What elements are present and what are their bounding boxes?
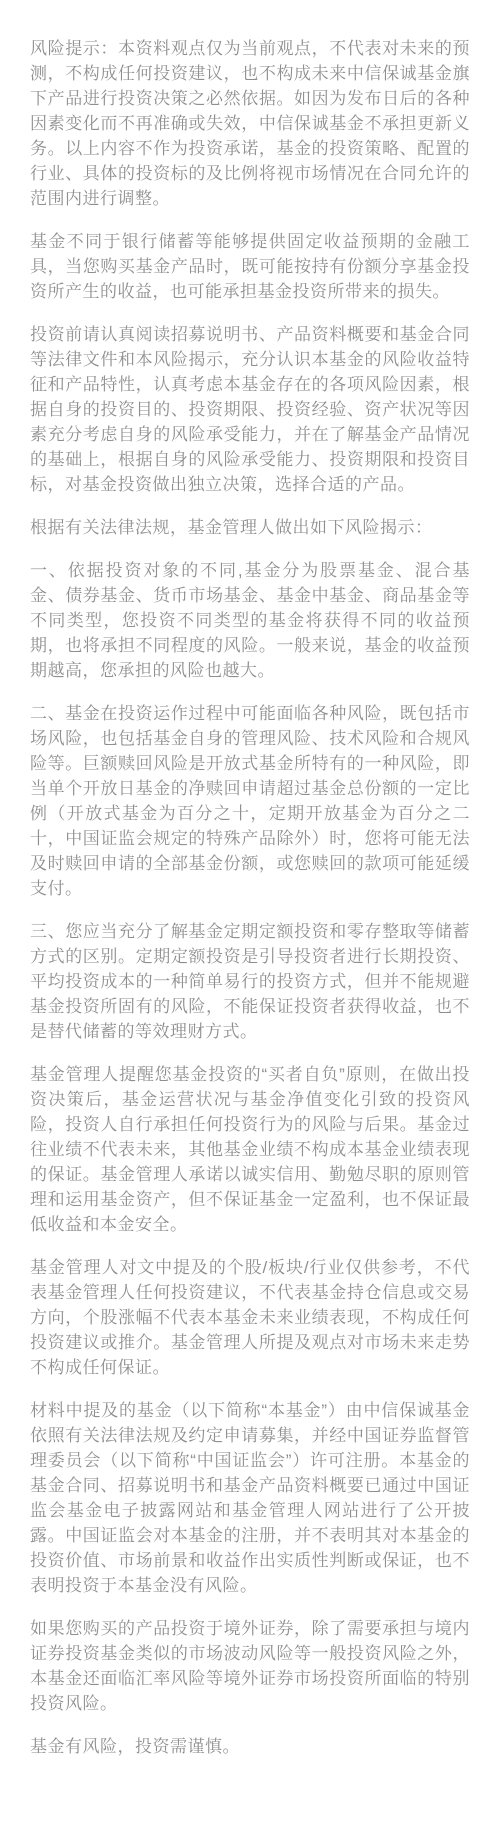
- risk-notice-paragraph: 风险提示：本资料观点仅为当前观点，不代表对未来的预测，不构成任何投资建议，也不构…: [30, 36, 470, 211]
- buyer-responsibility-paragraph: 基金管理人提醒您基金投资的“买者自负”原则，在做出投资决策后，基金运营状况与基金…: [30, 1062, 470, 1237]
- item-3-regular-investment-paragraph: 三、您应当充分了解基金定期定额投资和零存整取等储蓄方式的区别。定期定额投资是引导…: [30, 919, 470, 1044]
- fund-registration-paragraph: 材料中提及的基金（以下简称“本基金”）由中信保诚基金依照有关法律法规及约定申请募…: [30, 1398, 470, 1598]
- risk-disclosure-document: 风险提示：本资料观点仅为当前观点，不代表对未来的预测，不构成任何投资建议，也不构…: [0, 0, 500, 1839]
- item-2-operation-risks-paragraph: 二、基金在投资运作过程中可能面临各种风险，既包括市场风险，也包括基金自身的管理风…: [30, 701, 470, 901]
- item-1-fund-types-paragraph: 一、依据投资对象的不同,基金分为股票基金、混合基金、债券基金、货币市场基金、基金…: [30, 558, 470, 683]
- fund-vs-savings-paragraph: 基金不同于银行储蓄等能够提供固定收益预期的金融工具，当您购买基金产品时，既可能按…: [30, 229, 470, 304]
- disclosure-intro-paragraph: 根据有关法律法规，基金管理人做出如下风险揭示：: [30, 515, 470, 540]
- read-documents-paragraph: 投资前请认真阅读招募说明书、产品资料概要和基金合同等法律文件和本风险揭示，充分认…: [30, 322, 470, 497]
- stock-reference-disclaimer-paragraph: 基金管理人对文中提及的个股/板块/行业仅供参考，不代表基金管理人任何投资建议，不…: [30, 1255, 470, 1380]
- final-warning-paragraph: 基金有风险，投资需谨慎。: [30, 1734, 470, 1759]
- overseas-investment-risk-paragraph: 如果您购买的产品投资于境外证券，除了需要承担与境内证券投资基金类似的市场波动风险…: [30, 1616, 470, 1716]
